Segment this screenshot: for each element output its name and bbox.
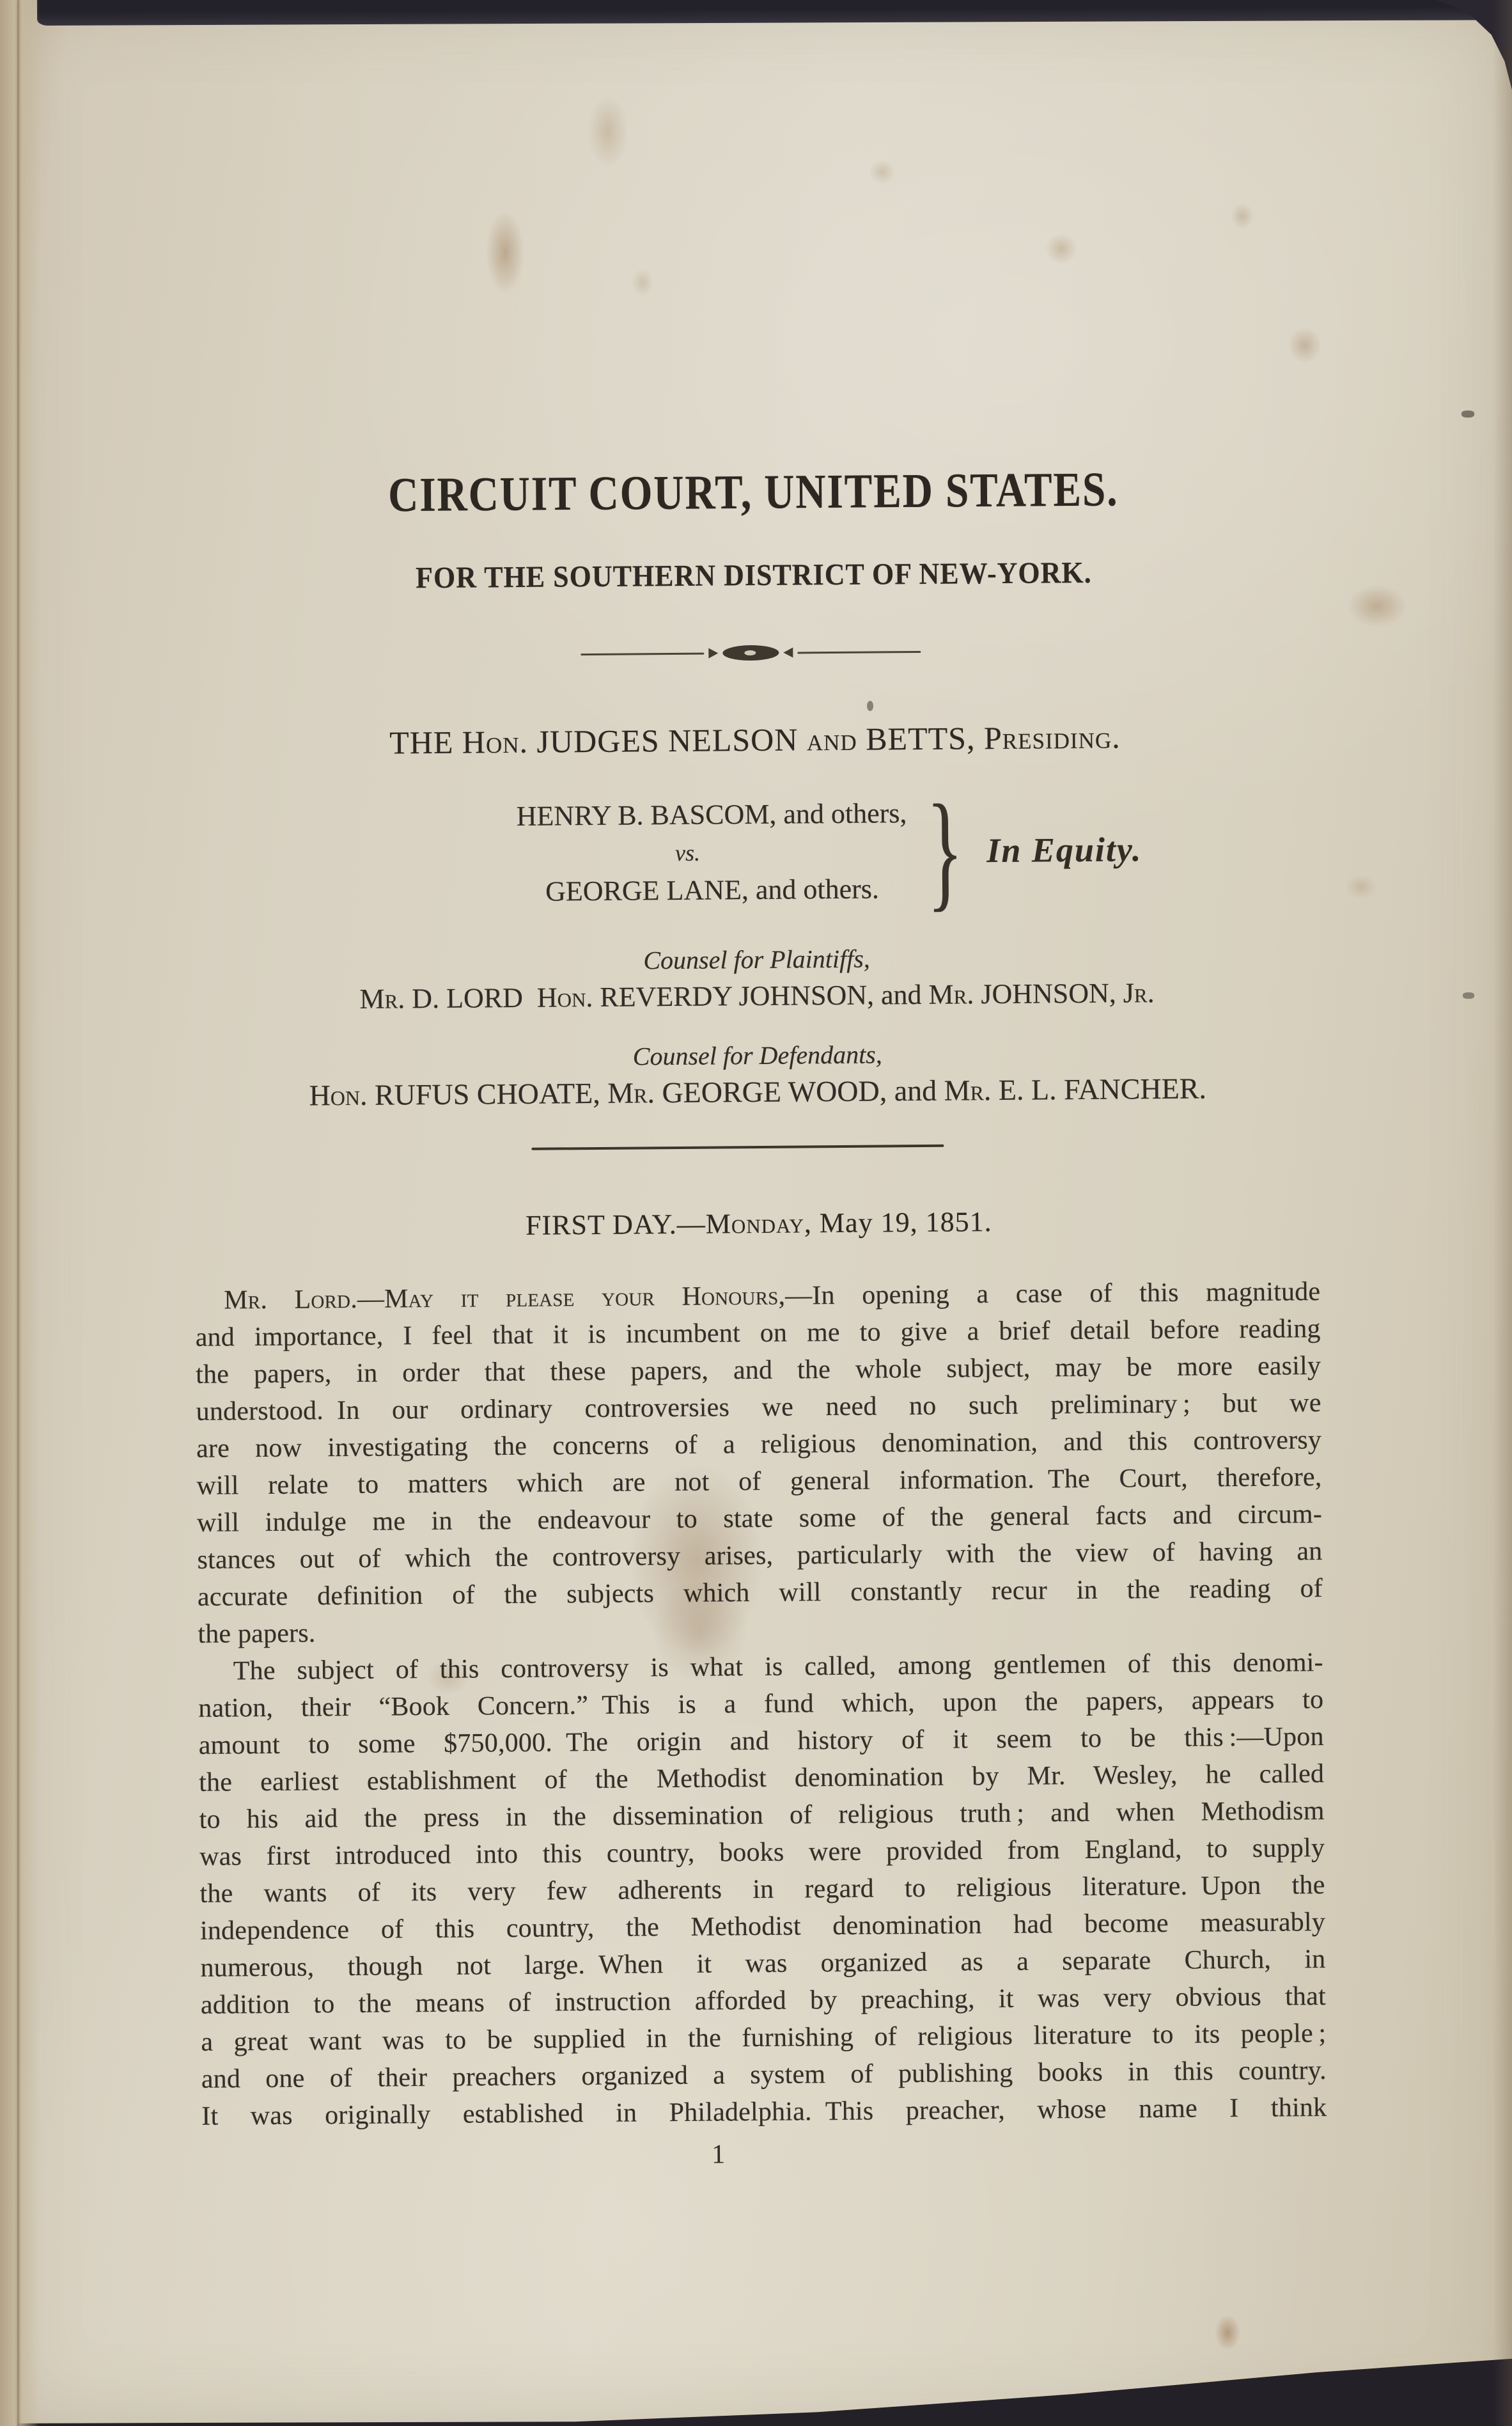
- divider-rule-left: [581, 652, 704, 655]
- page-subtitle-text: FOR THE SOUTHERN DISTRICT OF NEW-YORK.: [416, 556, 1092, 595]
- case-caption: HENRY B. BASCOM, and others, vs. GEORGE …: [73, 788, 1512, 916]
- defendant-name: GEORGE LANE,: [545, 874, 749, 907]
- case-parties: HENRY B. BASCOM, and others, vs. GEORGE …: [516, 793, 907, 912]
- session-heading-day: FIRST DAY.—Monday,: [526, 1207, 812, 1241]
- book-gutter-shadow: [0, 0, 40, 2426]
- page-content: CIRCUIT COURT, UNITED STATES. FOR THE SO…: [0, 0, 1512, 2179]
- session-heading: FIRST DAY.—Monday, May 19, 1851.: [3, 1200, 1512, 1248]
- session-heading-date: May 19, 1851.: [812, 1206, 992, 1239]
- paragraph-2: nation, their “Book Concern.” This is a …: [198, 1681, 1327, 2135]
- divider-arrow-icon: [708, 648, 718, 658]
- counsel-plaintiffs-part2: Mr. JOHNSON, Jr.: [928, 977, 1154, 1010]
- plaintiff-others: and others,: [776, 797, 907, 830]
- section-rule: [531, 1145, 944, 1150]
- presiding-judges-line: THE Hon. JUDGES NELSON and BETTS, Presid…: [0, 717, 1511, 763]
- in-equity-label: In Equity.: [986, 829, 1142, 870]
- page-number: 1: [156, 2132, 1281, 2178]
- page-title-text: CIRCUIT COURT, UNITED STATES.: [387, 467, 1118, 517]
- page-right-edge-shadow: [1493, 0, 1512, 2426]
- body-text-line: It was originally established in Philade…: [201, 2089, 1327, 2135]
- defendant-line: GEORGE LANE, and others.: [517, 868, 907, 912]
- divider-rule-right: [797, 650, 921, 653]
- scanned-book-page: CIRCUIT COURT, UNITED STATES. FOR THE SO…: [0, 0, 1512, 2426]
- ornament-divider: [581, 646, 921, 660]
- divider-arrow-icon: [783, 648, 793, 658]
- defendant-others: and others.: [749, 873, 879, 905]
- gutter-crease-line: [17, 0, 19, 2426]
- page-subtitle: FOR THE SOUTHERN DISTRICT OF NEW-YORK.: [0, 554, 1510, 597]
- paragraph-1: and importance, I feel that it is incumb…: [195, 1310, 1323, 1616]
- counsel-defendants-and: and: [887, 1074, 944, 1107]
- divider-diamond-icon: [722, 645, 779, 661]
- speaker-opening: Mr. Lord.—May it please your Honours,—: [224, 1281, 812, 1315]
- counsel-plaintiffs-part1: Mr. D. LORD Hon. REVERDY JOHNSON,: [359, 980, 874, 1015]
- plaintiff-name: HENRY B. BASCOM,: [517, 799, 777, 832]
- case-brace-glyph: }: [926, 802, 963, 898]
- counsel-plaintiffs-and: and: [874, 979, 929, 1011]
- counsel-defendants-part2: Mr. E. L. FANCHER.: [944, 1072, 1206, 1106]
- opening-continuation: In opening a case of this magnitude: [812, 1277, 1320, 1310]
- plaintiff-line: HENRY B. BASCOM, and others,: [516, 793, 907, 837]
- foxing-stain: [1215, 2315, 1240, 2351]
- counsel-defendants-part1: Hon. RUFUS CHOATE, Mr. GEORGE WOOD,: [309, 1074, 887, 1111]
- transcript-body: Mr. Lord.—May it please your Honours,—In…: [195, 1273, 1327, 2177]
- photo-dark-edge-bottom: [0, 2340, 1512, 2426]
- page-title: CIRCUIT COURT, UNITED STATES.: [0, 466, 1509, 518]
- versus-label: vs.: [492, 834, 883, 872]
